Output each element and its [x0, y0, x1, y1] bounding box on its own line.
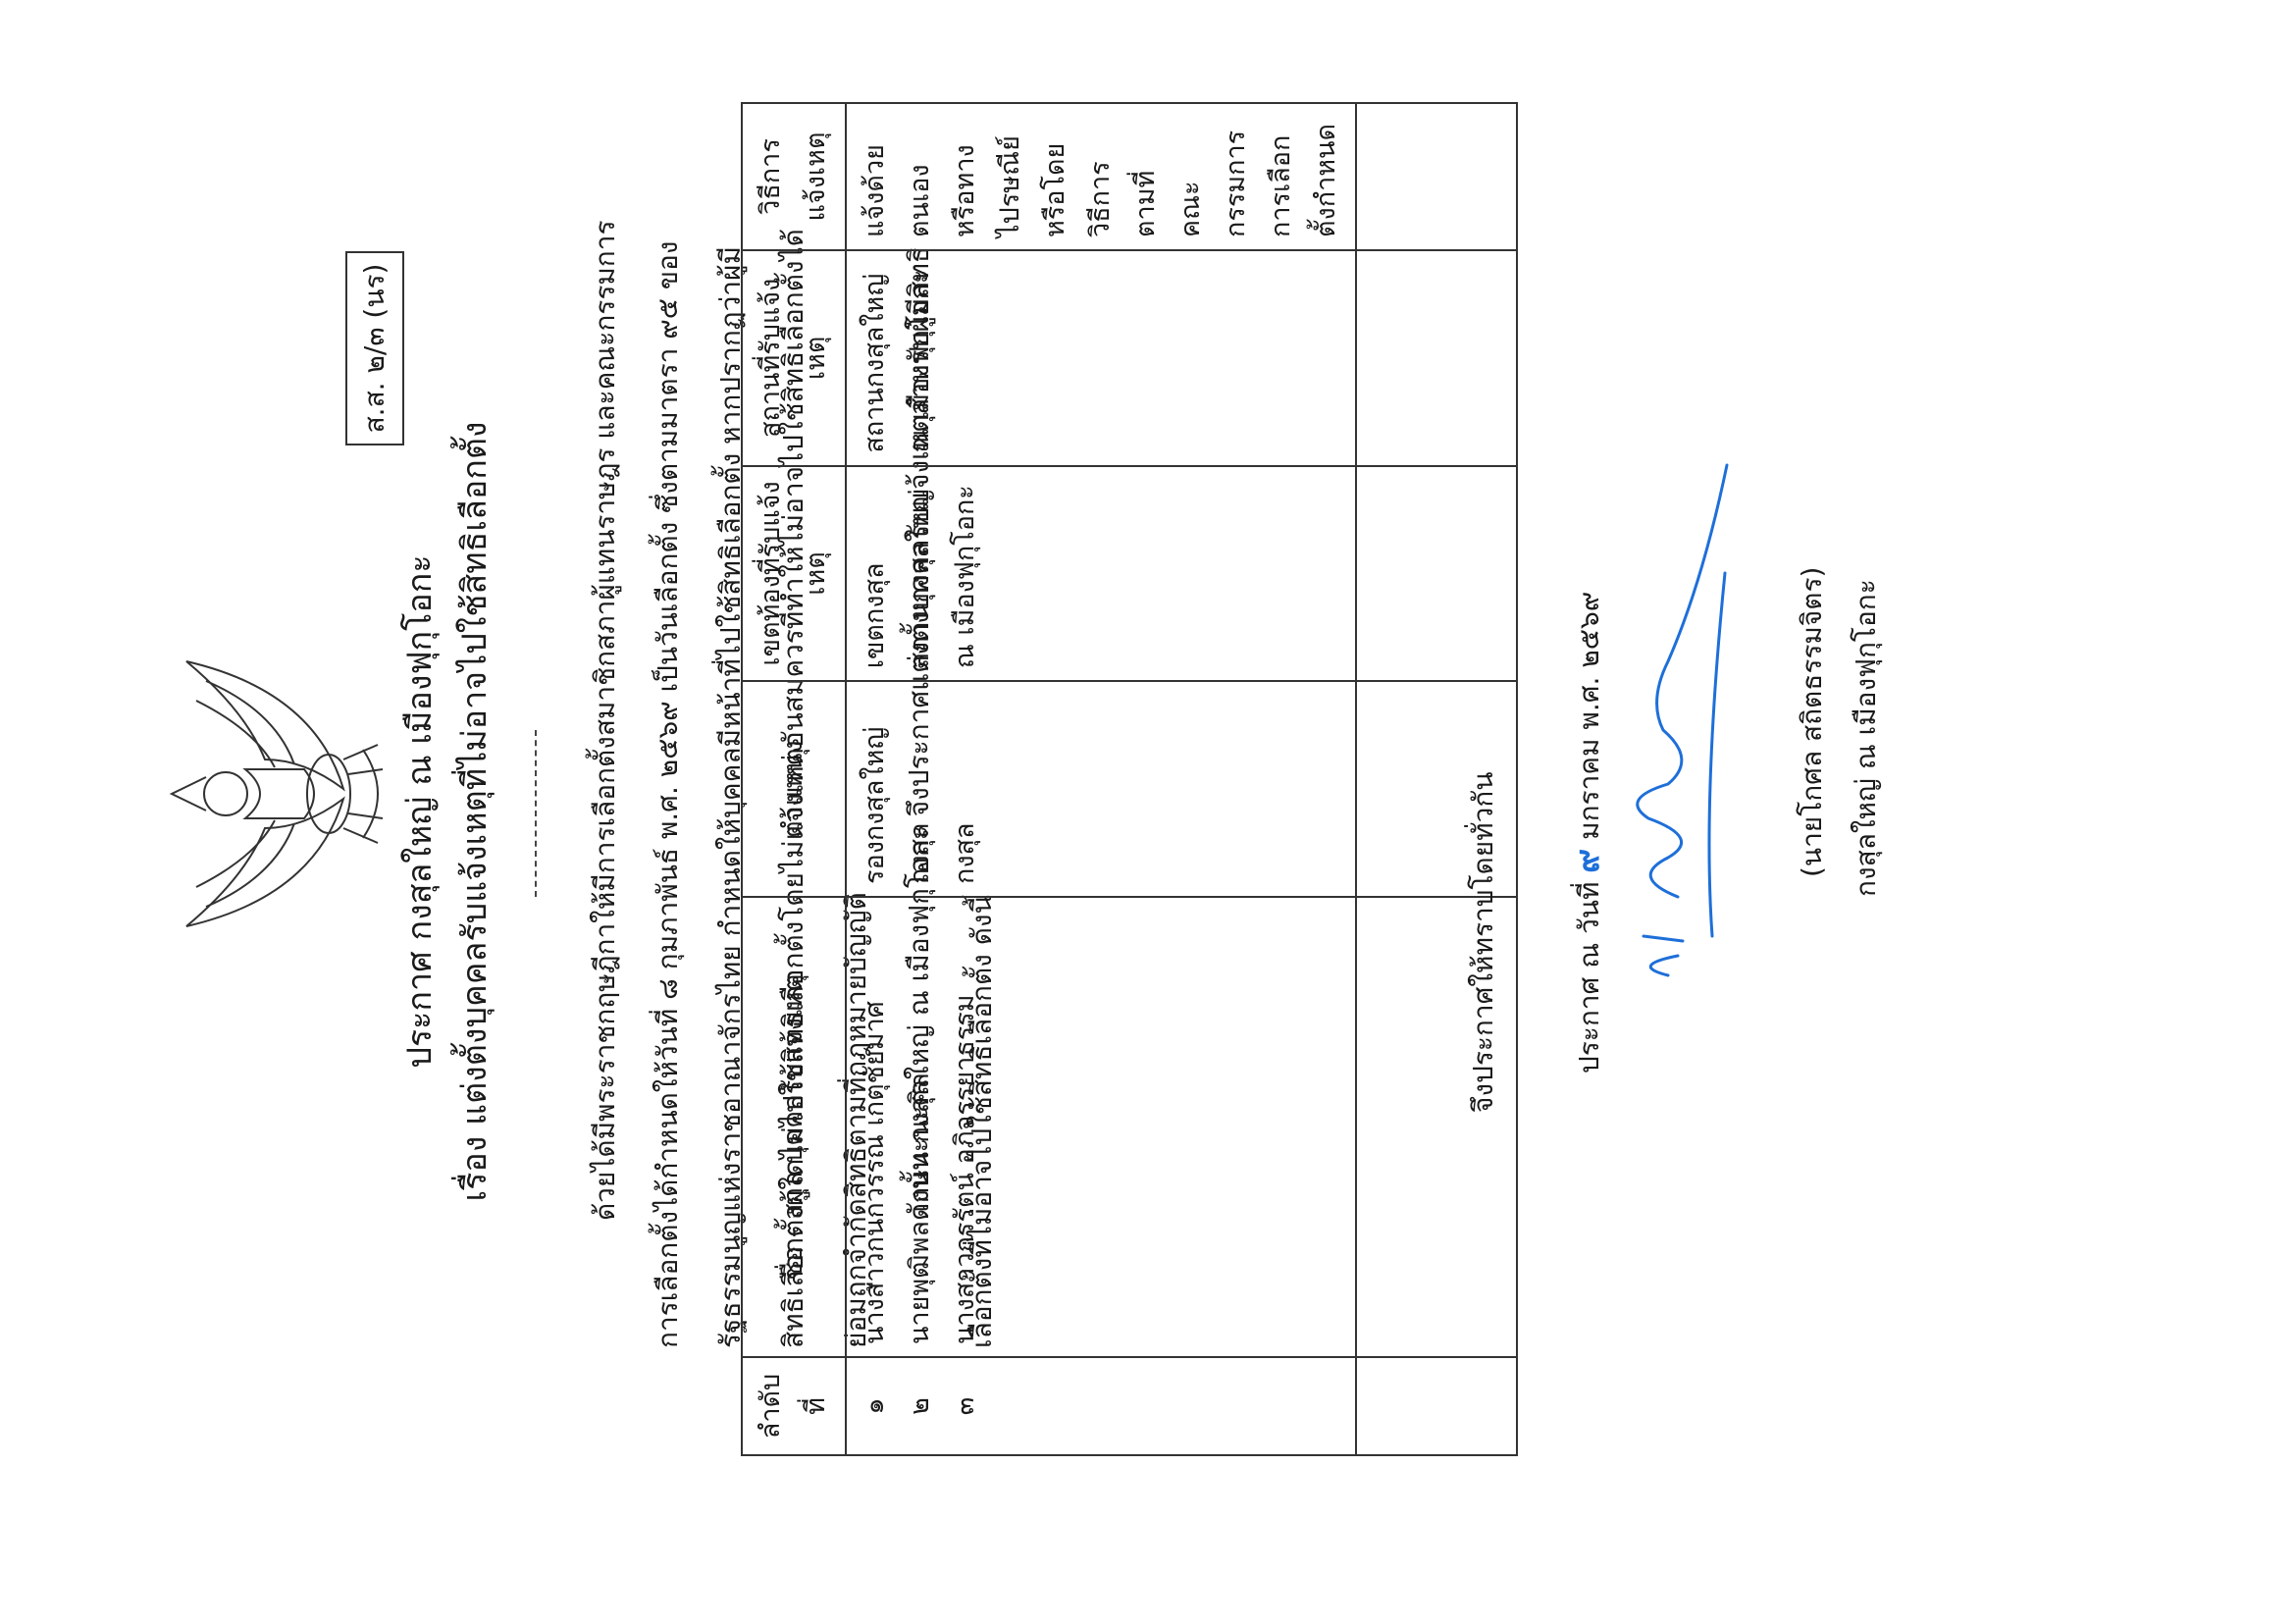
appointee-name: นายพุฒิพล เกษทะนะศิล [898, 910, 943, 1344]
cell-method: แจ้งด้วยตนเอง หรือทางไปรษณีย์ หรือโดยวิธ… [846, 103, 1356, 250]
column-header-area: เขตท้องที่รับแจ้งเหตุ [742, 466, 846, 682]
cell-place: สถานกงสุลใหญ่ ณ เมืองฟุกุโอกะ [846, 250, 1356, 466]
page-title: ประกาศ กงสุลใหญ่ ณ เมืองฟุกุโอกะ [392, 0, 447, 1623]
column-header-place: สถานที่รับแจ้งเหตุ [742, 250, 846, 466]
cell-number: ๑ ๒ ๓ [846, 1357, 1356, 1455]
report-place: สถานกงสุลใหญ่ ณ เมืองฟุกุโอกะ [853, 263, 943, 453]
date-suffix: มกราคม พ.ศ. ๒๕๖๙ [1573, 592, 1605, 840]
row-number: ๒ [898, 1370, 943, 1442]
date-prefix: ประกาศ ณ วันที่ [1573, 882, 1605, 1073]
appointee-name: นางสาวกรรัตน์ อภิจรรยาธรรม [943, 910, 988, 1344]
closing-statement: จึงประกาศให้ทราบโดยทั่วกัน [1462, 772, 1505, 1113]
table-header-row: ลำดับที่ ชื่อ - สกุล บุคคลรับแจ้งเหตุ ตำ… [742, 103, 846, 1455]
service-area: สถานกงสุลใหญ่ ณ เมืองฟุกุโอกะ [898, 479, 988, 669]
row-number: ๓ [943, 1370, 988, 1442]
signer-name: (นายโกศล สถิตธรรมจิตร) [1791, 567, 1834, 877]
title-block: ประกาศ กงสุลใหญ่ ณ เมืองฟุกุโอกะ เรื่อง … [392, 0, 502, 1623]
appointee-position: กงสุล [943, 694, 988, 884]
report-method: แจ้งด้วยตนเอง หรือทางไปรษณีย์ หรือโดยวิธ… [853, 116, 1349, 237]
column-header-number: ลำดับที่ [742, 1357, 846, 1455]
garuda-emblem-icon [167, 652, 392, 936]
page-subject: เรื่อง แต่งตั้งบุคคลรับแจ้งเหตุที่ไม่อาจ… [447, 0, 502, 1623]
appointees-table: ลำดับที่ ชื่อ - สกุล บุคคลรับแจ้งเหตุ ตำ… [741, 102, 1518, 1456]
cell-area: เขตกงสุล สถานกงสุลใหญ่ ณ เมืองฟุกุโอกะ [846, 466, 1356, 682]
cell-name: นางสาวกนกวรรณ เกตุชัยมาศ นายพุฒิพล เกษทะ… [846, 897, 1356, 1357]
service-area: เขตกงสุล [853, 479, 898, 669]
signer-title: กงสุลใหญ่ ณ เมืองฟุกุโอกะ [1845, 579, 1888, 897]
appointees-table-wrapper: ลำดับที่ ชื่อ - สกุล บุคคลรับแจ้งเหตุ ตำ… [741, 102, 1518, 1456]
date-day-handwritten: ๙ [1568, 849, 1607, 873]
announcement-date: ประกาศ ณ วันที่ ๙ มกราคม พ.ศ. ๒๕๖๙ [1560, 592, 1613, 1073]
title-divider [535, 730, 537, 897]
column-header-method: วิธีการแจ้งเหตุ [742, 103, 846, 250]
signature-icon [1609, 445, 1747, 995]
row-number: ๑ [853, 1370, 898, 1442]
cell-position: รองกงสุลใหญ่ กงสุล กงสุล [846, 681, 1356, 897]
column-header-name: ชื่อ - สกุล บุคคลรับแจ้งเหตุ [742, 897, 846, 1357]
announcement-page: ส.ส. ๒/๓ (นร) ประกาศ กงสุลใหญ่ ณ เมืองฟุ… [0, 0, 2296, 1623]
appointee-position: กงสุล [898, 694, 943, 884]
form-code: ส.ส. ๒/๓ (นร) [353, 264, 396, 434]
table-row: ๑ ๒ ๓ นางสาวกนกวรรณ เกตุชัยมาศ นายพุฒิพล… [846, 103, 1356, 1455]
appointee-name: นางสาวกนกวรรณ เกตุชัยมาศ [853, 910, 898, 1344]
appointee-position: รองกงสุลใหญ่ [853, 694, 898, 884]
column-header-position: ตำแหน่ง [742, 681, 846, 897]
